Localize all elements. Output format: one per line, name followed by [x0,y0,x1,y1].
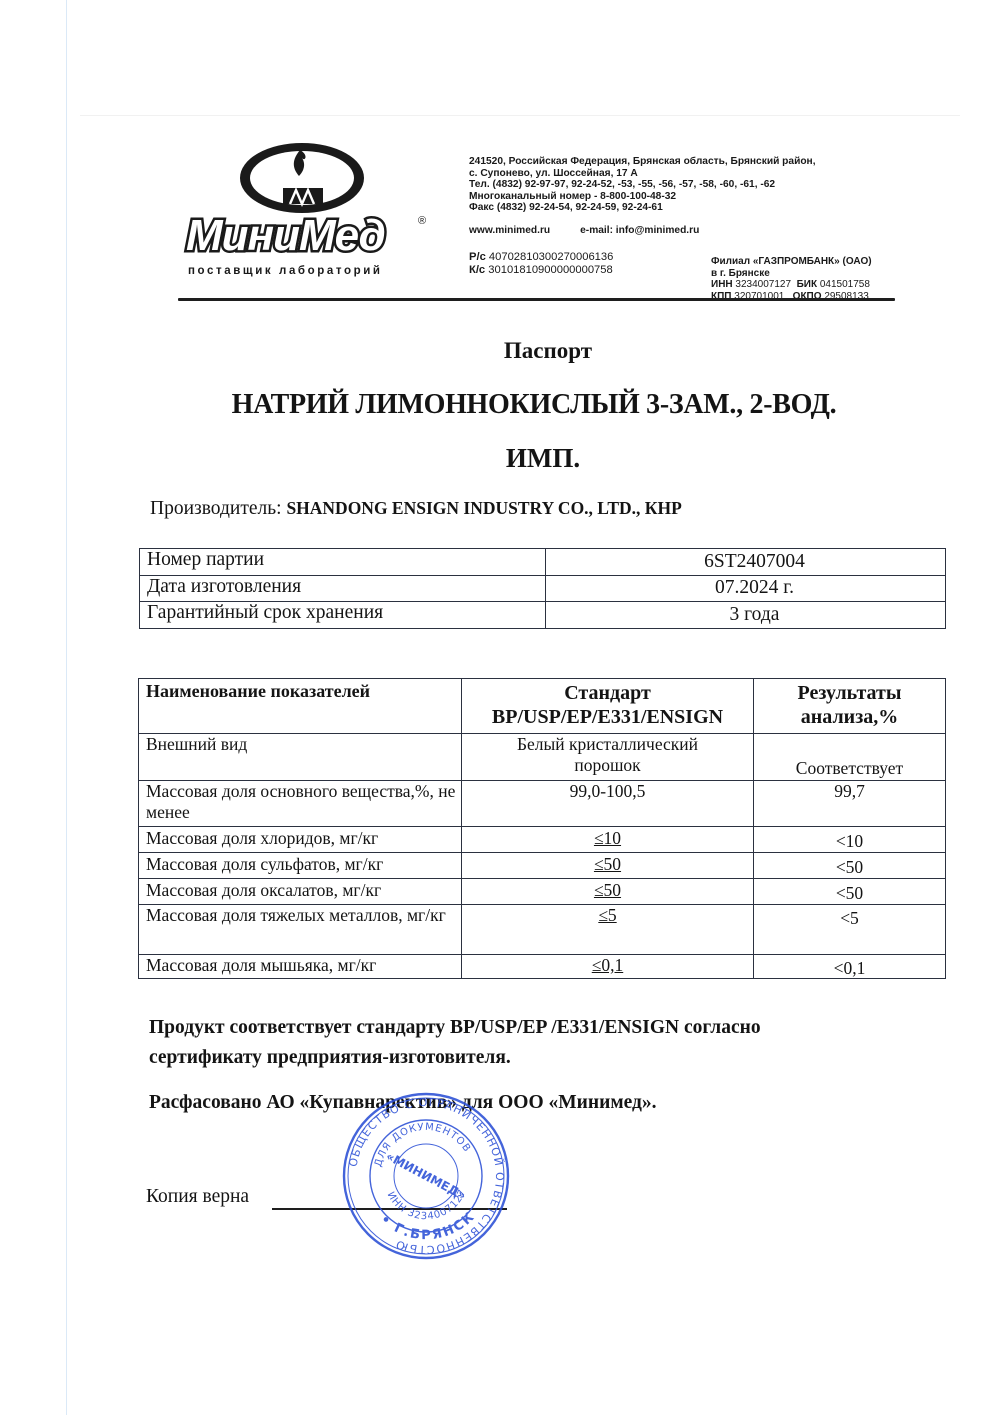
standard-cell: ≤5 [462,905,754,955]
shelf-life-label: Гарантийный срок хранения [140,602,546,629]
svg-text:®: ® [418,215,426,227]
address-line: 241520, Российская Федерация, Брянская о… [469,156,816,168]
table-row: Массовая доля тяжелых металлов, мг/кг ≤5… [139,905,946,955]
company-stamp: ОБЩЕСТВО С ОГРАНИЧЕННОЙ ОТВЕТСТВЕННОСТЬЮ… [340,1090,512,1262]
header-indicator: Наименование показателей [139,679,462,734]
manufacturer: Производитель: SHANDONG ENSIGN INDUSTRY … [150,498,682,520]
contact-web: www.minimed.rue-mail: info@minimed.ru [469,225,699,237]
flame-emblem-icon: МиниМед ® поставщик лабораторий [178,140,438,280]
indicator-cell: Массовая доля тяжелых металлов, мг/кг [139,905,462,955]
result-cell: <50 [754,853,946,879]
product-name-suffix: ИМП. [0,443,1000,474]
copy-certified-label: Копия верна [146,1186,249,1208]
manufacture-date-label: Дата изготовления [140,575,546,602]
company-address: 241520, Российская Федерация, Брянская о… [469,156,816,214]
table-row: Внешний вид Белый кристаллический порошо… [139,734,946,781]
scan-artifact-line [66,0,67,1415]
phone-line: Тел. (4832) 92-97-97, 92-24-52, -53, -55… [469,179,816,191]
ks-account: 30101810900000000758 [488,264,612,276]
manufacturer-label: Производитель: [150,498,282,519]
result-cell: <50 [754,879,946,905]
result-cell: 99,7 [754,781,946,827]
conformity-statement: Продукт соответствует стандарту BP/USP/E… [149,1013,939,1073]
batch-number-label: Номер партии [140,549,546,576]
stamp-seal-icon: ОБЩЕСТВО С ОГРАНИЧЕННОЙ ОТВЕТСТВЕННОСТЬЮ… [340,1090,512,1262]
phone-line: Многоканальный номер - 8-800-100-48-32 [469,191,816,203]
standard-cell: 99,0-100,5 [462,781,754,827]
analysis-table: Наименование показателей Стандарт BP/USP… [138,678,946,979]
scan-artifact-line [80,115,960,116]
table-row: Массовая доля сульфатов, мг/кг ≤50 <50 [139,853,946,879]
header-result: Результаты анализа,% [754,679,946,734]
batch-info-table: Номер партии 6ST2407004 Дата изготовлени… [139,548,946,629]
header-standard: Стандарт BP/USP/EP/E331/ENSIGN [462,679,754,734]
table-row: Гарантийный срок хранения 3 года [140,602,946,629]
indicator-cell: Массовая доля оксалатов, мг/кг [139,879,462,905]
shelf-life-value: 3 года [546,602,946,629]
table-row: Массовая доля мышьяка, мг/кг ≤0,1 <0,1 [139,955,946,979]
result-cell: <10 [754,827,946,853]
indicator-cell: Массовая доля сульфатов, мг/кг [139,853,462,879]
indicator-cell: Массовая доля хлоридов, мг/кг [139,827,462,853]
address-line: с. Супонево, ул. Шоссейная, 17 А [469,168,816,180]
result-cell: <5 [754,905,946,955]
standard-cell: Белый кристаллический порошок [462,734,754,781]
table-row: Дата изготовления 07.2024 г. [140,575,946,602]
standard-cell: ≤50 [462,879,754,905]
table-row: Массовая доля оксалатов, мг/кг ≤50 <50 [139,879,946,905]
standard-cell: ≤10 [462,827,754,853]
letterhead-divider [178,298,895,301]
company-logo: МиниМед ® поставщик лабораторий [178,140,438,280]
email-link[interactable]: e-mail: info@minimed.ru [580,225,699,236]
indicator-cell: Внешний вид [139,734,462,781]
table-row: Массовая доля хлоридов, мг/кг ≤10 <10 [139,827,946,853]
manufacturer-value: SHANDONG ENSIGN INDUSTRY CO., LTD., КНР [286,498,681,518]
standard-cell: ≤50 [462,853,754,879]
result-cell: Соответствует [754,734,946,781]
batch-number-value: 6ST2407004 [546,549,946,576]
table-row: Номер партии 6ST2407004 [140,549,946,576]
rs-account: 40702810300270006136 [489,251,613,263]
svg-text:поставщик лабораторий: поставщик лабораторий [188,265,383,277]
bank-accounts: Р/с 40702810300270006136 К/с 30101810900… [469,251,613,277]
indicator-cell: Массовая доля основного вещества,%, не м… [139,781,462,827]
standard-cell: ≤0,1 [462,955,754,979]
bank-details: Филиал «ГАЗПРОМБАНК» (ОАО) в г. Брянске … [711,256,872,302]
indicator-cell: Массовая доля мышьяка, мг/кг [139,955,462,979]
product-name: НАТРИЙ ЛИМОННОКИСЛЫЙ 3-ЗАМ., 2-ВОД. [0,389,1000,421]
table-header-row: Наименование показателей Стандарт BP/USP… [139,679,946,734]
result-cell: <0,1 [754,955,946,979]
manufacture-date-value: 07.2024 г. [546,575,946,602]
website-link[interactable]: www.minimed.ru [469,225,550,236]
svg-text:МиниМед: МиниМед [186,211,385,260]
fax-line: Факс (4832) 92-24-54, 92-24-59, 92-24-61 [469,202,816,214]
table-row: Массовая доля основного вещества,%, не м… [139,781,946,827]
document-title: Паспорт [0,338,1000,364]
